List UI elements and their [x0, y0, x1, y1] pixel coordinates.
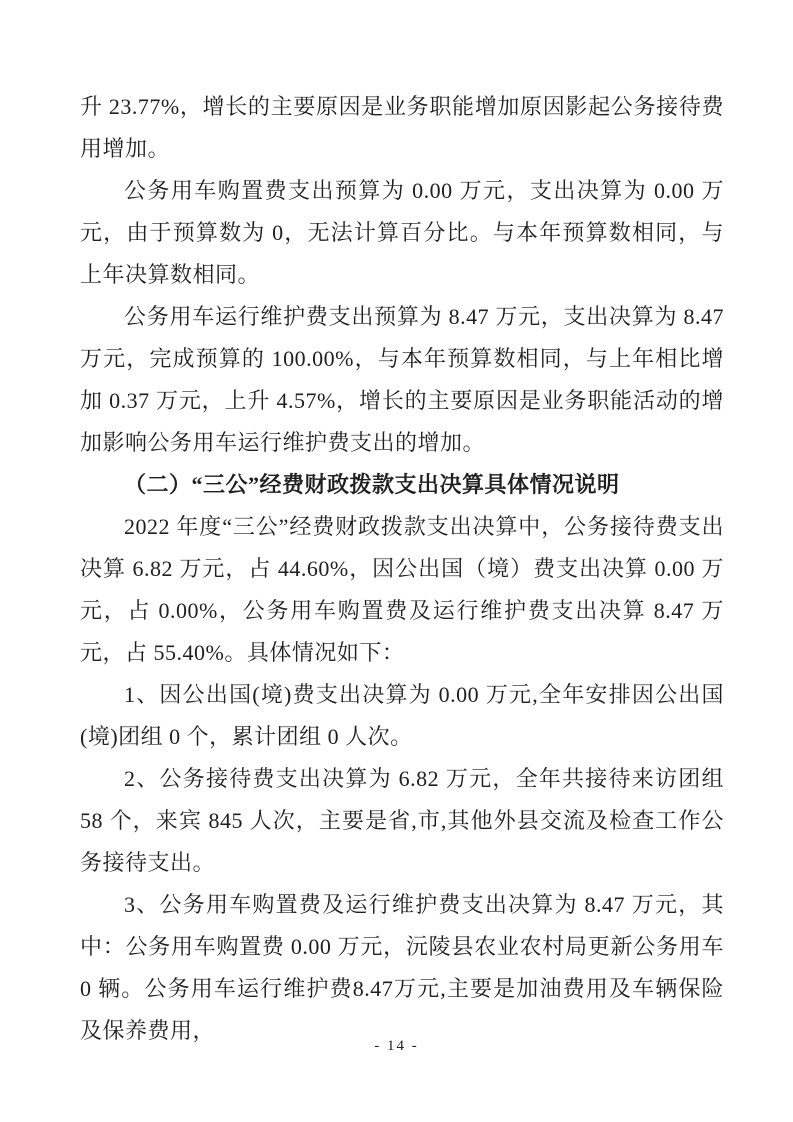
paragraph: 公务用车运行维护费支出预算为 8.47 万元，支出决算为 8.47 万元，完成预… — [80, 296, 724, 464]
paragraph: 2022 年度“三公”经费财政拨款支出决算中，公务接待费支出决算 6.82 万元… — [80, 506, 724, 674]
paragraph: 3、公务用车购置费及运行维护费支出决算为 8.47 万元，其中：公务用车购置费 … — [80, 884, 724, 1052]
paragraph: 2、公务接待费支出决算为 6.82 万元，全年共接待来访团组 58 个，来宾 8… — [80, 758, 724, 884]
document-page: 升 23.77%，增长的主要原因是业务职能增加原因影起公务接待费用增加。公务用车… — [0, 0, 793, 1122]
paragraph: 1、因公出国(境)费支出决算为 0.00 万元,全年安排因公出国(境)团组 0 … — [80, 674, 724, 758]
section-heading: （二）“三公”经费财政拨款支出决算具体情况说明 — [80, 464, 724, 506]
page-number: - 14 - — [0, 1038, 793, 1055]
paragraph: 公务用车购置费支出预算为 0.00 万元，支出决算为 0.00 万元，由于预算数… — [80, 170, 724, 296]
paragraph: 升 23.77%，增长的主要原因是业务职能增加原因影起公务接待费用增加。 — [80, 86, 724, 170]
document-body: 升 23.77%，增长的主要原因是业务职能增加原因影起公务接待费用增加。公务用车… — [80, 86, 724, 1052]
